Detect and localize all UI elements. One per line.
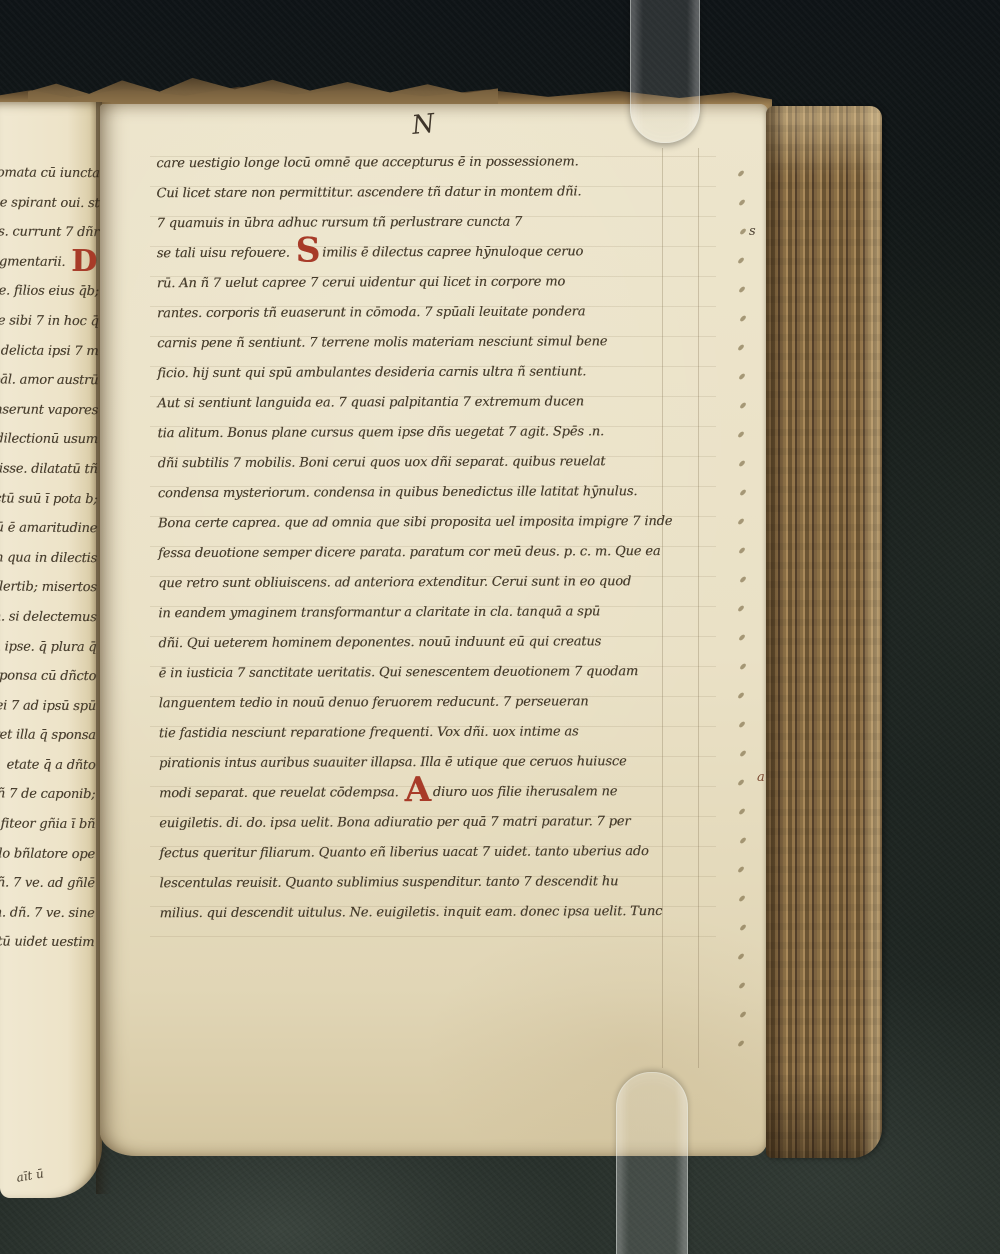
text-line: lescentulas reuisit. Quanto sublimius su… (159, 867, 719, 899)
facing-page-text: c. aromata cū iunctaū longe spirant oui.… (0, 157, 100, 958)
text-line: dñi subtilis 7 mobilis. Boni cerui quos … (158, 447, 718, 479)
text-segment: dñi subtilis 7 mobilis. Boni cerui quos … (158, 454, 606, 471)
margin-annotation-a: a (757, 770, 765, 785)
text-segment: uit spūm ipse. q̄ plura q̄ (0, 639, 96, 655)
text-segment: ñs sanis inserunt vapores (0, 402, 98, 418)
text-line: ē in iusticia 7 sanctitate ueritatis. Qu… (159, 657, 719, 689)
text-segment: Bona certe caprea. que ad omnia que sibi… (158, 514, 672, 531)
text-segment: q̄ 7 cibalo bñlatore ope (0, 846, 95, 862)
text-segment: 7 quamuis in ūbra adhuc rursum tñ perlus… (157, 215, 523, 232)
text-line: ulo dect. delicta ipsi 7 m (0, 334, 99, 366)
text-line: carnis pene ñ sentiunt. 7 terrene molis … (157, 327, 717, 359)
text-line: se tali uisu refouere. Similis ē dilectu… (157, 237, 717, 269)
text-segment: ē in iusticia 7 sanctitate ueritatis. Qu… (159, 664, 639, 681)
text-segment: Et q̄ durū ē amaritudine (0, 520, 97, 536)
text-line: q̄ 7 cibalo bñlatore ope (0, 838, 95, 870)
text-line: milius. qui descendit uitulus. Ne. euigi… (160, 897, 720, 929)
manuscript-page: N care uestigio longe locū omnē que acce… (100, 104, 768, 1156)
text-line: dñi. Qui ueterem hominem deponentes. nou… (158, 627, 718, 659)
text-segment: ei 7 ad ipsū spū (0, 698, 96, 714)
text-line: dicte sacrū solertib; misertos (0, 571, 97, 603)
text-line: rantes. corporis tñ euaserunt in cōmoda.… (157, 297, 717, 329)
text-line: ñs sanis inserunt vapores (0, 394, 98, 426)
text-line: tia alitum. Bonus plane cursus quem ipse… (157, 417, 717, 449)
text-segment: a. nō confiteor gñia ī bñ (0, 816, 95, 832)
text-line: tie fastidia nesciunt reparatione freque… (159, 717, 719, 749)
text-segment: ij. cū. ve. l. m. si delectemus (0, 609, 97, 625)
text-line: ce ī id ipm. dñ. 7 ve. sine (0, 897, 95, 929)
text-segment: lencia spāl. amor austrū (0, 372, 98, 388)
text-line: Aparet illa q̄ sponsa (0, 719, 96, 751)
text-line: Et q̄ durū ē amaritudine (0, 512, 97, 544)
text-segment: pirationis intus auribus suauiter illaps… (159, 754, 627, 771)
rubric-initial: S (294, 231, 323, 271)
text-segment: milius. qui descendit uitulus. Ne. euigi… (160, 904, 663, 921)
text-line: iure ē sponsa cū dñcto (0, 660, 96, 692)
text-segment: care uestigio longe locū omnē que accept… (156, 154, 578, 171)
text-segment: dicte sacrū solertib; misertos (0, 579, 97, 595)
text-line: gluanare sibi 7 in hoc q̄ (0, 305, 99, 337)
text-line: nes. 7 misertū uidet uestim (0, 926, 94, 958)
text-line: Cui licet stare non permittitur. ascende… (156, 177, 716, 209)
text-segment: durū ē in qua in dilectis (0, 550, 97, 566)
text-line: rū. An ñ 7 uelut capree 7 cerui uidentur… (157, 267, 717, 299)
text-line: 7 u. p. pigmentarii. D (0, 246, 99, 278)
text-line: ficio. hij sunt qui spū ambulantes desid… (157, 357, 717, 389)
manuscript-photo: c. aromata cū iunctaū longe spirant oui.… (0, 0, 1000, 1254)
text-line: ū longe spirant oui. st (0, 186, 100, 218)
text-segment: fessa deuotione semper dicere parata. pa… (158, 544, 660, 561)
text-segment: ficio. hij sunt qui spū ambulantes desid… (157, 364, 586, 381)
text-segment: que retro sunt obliuiscens. ad anteriora… (158, 574, 631, 591)
leaf-mark: N (410, 109, 434, 141)
facing-page-strip: c. aromata cū iunctaū longe spirant oui.… (0, 102, 102, 1198)
text-segment: carnis pene ñ sentiunt. 7 terrene molis … (157, 334, 607, 351)
text-line: pirationis intus auribus suauiter illaps… (159, 747, 719, 779)
fore-edge-page-stack (766, 106, 882, 1158)
text-segment: euigiletis. di. do. ipsa uelit. Bona adi… (159, 814, 630, 831)
text-line: ij. cū. ve. l. m. si delectemus (0, 601, 97, 633)
rubric-initial: D (69, 244, 99, 279)
text-segment: 7 u. p. pigmentarii. (0, 254, 69, 270)
text-segment: rantes. corporis tñ euaserunt in cōmoda.… (157, 304, 585, 321)
text-line: Bona certe caprea. que ad omnia que sibi… (158, 507, 718, 539)
text-line: onia iuuisse. dilatatū tñ (0, 453, 98, 485)
text-segment: lescentulas reuisit. Quanto sublimius su… (159, 874, 618, 891)
text-line: fessa deuotione semper dicere parata. pa… (158, 537, 718, 569)
text-segment: ce ī id ipm. dñ. 7 ve. sine (0, 905, 95, 921)
text-line: augñ dñ 7 de caponib; (0, 778, 95, 810)
text-segment: tia alitum. Bonus plane cursus quem ipse… (158, 424, 605, 441)
rubric-initial: A (402, 770, 432, 810)
text-segment: imilis ē dilectus capree hȳnuloque ceruo (322, 244, 583, 260)
text-line: condensa mysteriorum. condensa in quibus… (158, 477, 718, 509)
text-segment: dñi. Qui ueterem hominem deponentes. nou… (158, 634, 601, 651)
text-segment: gluanare sibi 7 in hoc q̄ (0, 313, 99, 329)
text-line: euigiletis. di. do. ipsa uelit. Bona adi… (159, 807, 719, 839)
text-line: durū ē in qua in dilectis (0, 542, 97, 574)
text-segment: a sodales. currunt 7 dñr (0, 224, 99, 240)
text-line: c. aromata cū iuncta (0, 157, 100, 189)
text-line: lencia spāl. amor austrū (0, 364, 98, 396)
corner-text-fragment: aīt ū (15, 1157, 96, 1185)
text-segment: ū longe spirant oui. st (0, 195, 100, 211)
plastic-strap-bottom (616, 1072, 688, 1254)
text-segment: ernam dilectionū usum (0, 431, 98, 447)
text-line: care uestigio longe locū omnē que accept… (156, 147, 716, 179)
text-line: ma dilectū suū ī pota b; (0, 482, 98, 514)
text-line: fectus queritur filiarum. Quanto eñ libe… (159, 837, 719, 869)
text-line: 7 quamuis in ūbra adhuc rursum tñ perlus… (157, 207, 717, 239)
text-line: etate q̄ a dñto (0, 749, 96, 781)
text-line: 7 ī spū. dñ. 7 ve. ad gñlē (0, 867, 95, 899)
text-segment: onia iuuisse. dilatatū tñ (0, 461, 98, 477)
text-segment: in eandem ymaginem transformantur a clar… (158, 604, 600, 621)
text-segment: Cui licet stare non permittitur. ascende… (156, 184, 581, 201)
text-segment: etate q̄ a dñto (7, 757, 96, 773)
text-segment: augñ dñ 7 de caponib; (0, 787, 95, 803)
text-segment: ulo dect. delicta ipsi 7 m (0, 343, 98, 359)
text-line: matrū mee. filios eius q̄b; (0, 275, 99, 307)
text-line: ernam dilectionū usum (0, 423, 98, 455)
text-segment: matrū mee. filios eius q̄b; (0, 283, 99, 299)
text-segment: condensa mysteriorum. condensa in quibus… (158, 484, 638, 501)
text-line: Aut si sentiunt languida ea. 7 quasi pal… (157, 387, 717, 419)
text-line: a. nō confiteor gñia ī bñ (0, 808, 95, 840)
text-segment: iure ē sponsa cū dñcto (0, 668, 96, 684)
text-block: care uestigio longe locū omnē que accept… (156, 147, 719, 929)
text-segment: languentem tedio in nouū denuo feruorem … (159, 694, 589, 711)
text-line: in eandem ymaginem transformantur a clar… (158, 597, 718, 629)
text-line: que retro sunt obliuiscens. ad anteriora… (158, 567, 718, 599)
text-segment: diuro uos filie iherusalem ne (433, 784, 617, 800)
text-line: ei 7 ad ipsū spū (0, 690, 96, 722)
text-segment: c. aromata cū iuncta (0, 165, 100, 181)
text-segment: nes. 7 misertū uidet uestim (0, 934, 94, 950)
text-line: languentem tedio in nouū denuo feruorem … (159, 687, 719, 719)
text-segment: tie fastidia nesciunt reparatione freque… (159, 724, 579, 741)
text-segment: modi separat. que reuelat cōdempsa. (159, 785, 403, 801)
text-segment: rū. An ñ 7 uelut capree 7 cerui uidentur… (157, 274, 565, 291)
text-segment: se tali uisu refouere. (157, 246, 294, 262)
text-segment: Aut si sentiunt languida ea. 7 quasi pal… (157, 394, 584, 411)
text-segment: 7 ī spū. dñ. 7 ve. ad gñlē (0, 875, 95, 891)
text-line: uit spūm ipse. q̄ plura q̄ (0, 630, 96, 662)
plastic-strap-top (630, 0, 700, 143)
text-segment: ma dilectū suū ī pota b; (0, 491, 97, 507)
text-segment: Aparet illa q̄ sponsa (0, 728, 96, 744)
margin-annotation-s: s (749, 224, 756, 239)
text-segment: fectus queritur filiarum. Quanto eñ libe… (159, 844, 648, 861)
text-line: modi separat. que reuelat cōdempsa. Adiu… (159, 777, 719, 809)
